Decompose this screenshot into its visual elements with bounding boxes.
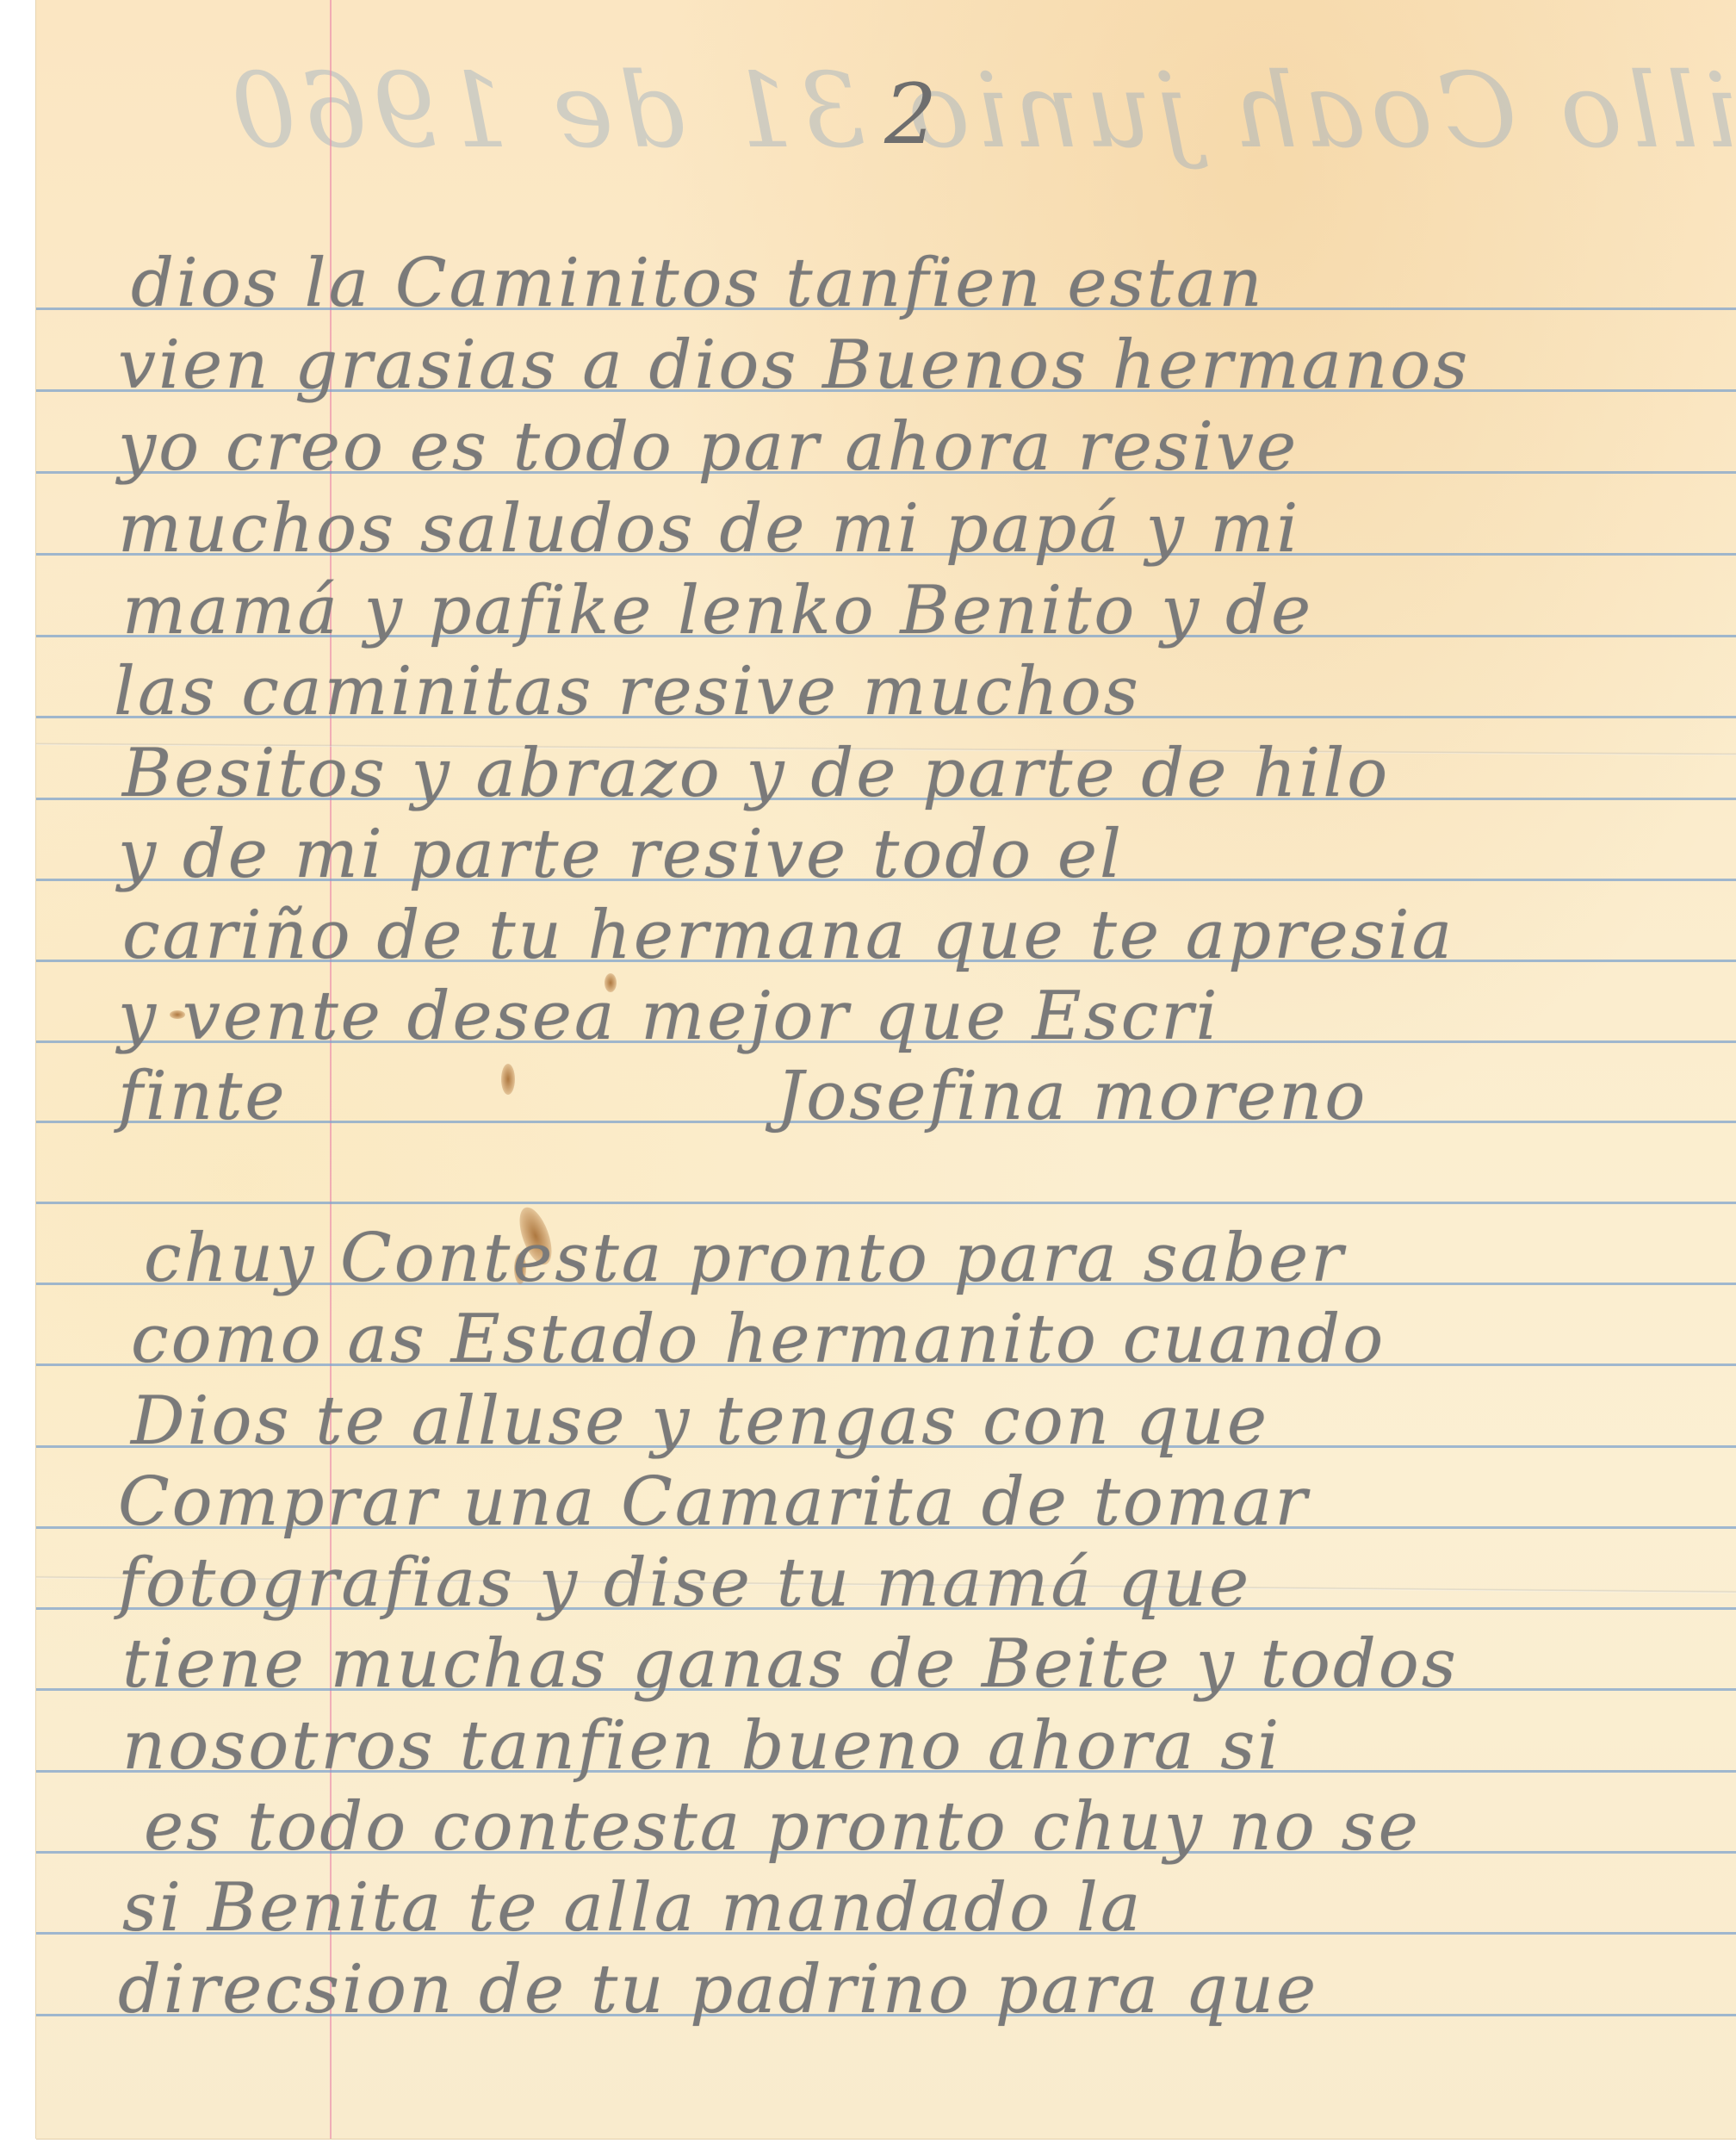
- handwritten-line: cariño de tu hermana que te apresia: [122, 902, 1454, 969]
- signature: Josefina moreno: [777, 1063, 1367, 1130]
- handwritten-line: chuy Contesta pronto para saber: [144, 1225, 1346, 1292]
- handwritten-line: y de mi parte resive todo el: [118, 821, 1124, 888]
- handwritten-line: dios la Caminitos tanfien estan: [131, 250, 1265, 317]
- handwritten-line: finte: [118, 1063, 288, 1130]
- handwritten-line: tiene muchas ganas de Beite y todos: [122, 1631, 1459, 1698]
- handwritten-line: como as Estado hermanito cuando: [131, 1306, 1386, 1373]
- handwritten-line: y vente desea mejor que Escri: [118, 983, 1220, 1050]
- handwritten-line: si Benita te alla mandado la: [122, 1874, 1143, 1941]
- handwritten-line: vien grasias a dios Buenos hermanos: [118, 332, 1470, 399]
- handwritten-line: es todo contesta pronto chuy no se: [144, 1793, 1421, 1860]
- handwritten-line: Besitos y abrazo y de parte de hilo: [122, 740, 1390, 807]
- handwritten-line: Comprar una Camarita de tomar: [118, 1469, 1310, 1536]
- handwritten-line: yo creo es todo par ahora resive: [118, 413, 1299, 481]
- page-number: 2: [884, 73, 937, 156]
- handwritten-line: fotografias y dise tu mamá que: [118, 1550, 1251, 1617]
- rust-stain: [501, 1064, 515, 1095]
- handwritten-line: las caminitas resive muchos: [114, 658, 1141, 725]
- ruling-line: [36, 1202, 1736, 1204]
- handwritten-line: Dios te alluse y tengas con que: [131, 1388, 1269, 1455]
- handwritten-line: muchos saludos de mi papá y mi: [118, 495, 1300, 562]
- handwritten-line: nosotros tanfien bueno ahora si: [122, 1712, 1281, 1780]
- handwritten-line: direcsion de tu padrino para que: [118, 1956, 1318, 2023]
- letter-page: Saltillo Coah junio 31 de 1960 2 dios la…: [36, 0, 1736, 2139]
- handwritten-line: mamá y pafike lenko Benito y de: [122, 577, 1313, 644]
- show-through-header: Saltillo Coah junio 31 de 1960: [226, 52, 1736, 171]
